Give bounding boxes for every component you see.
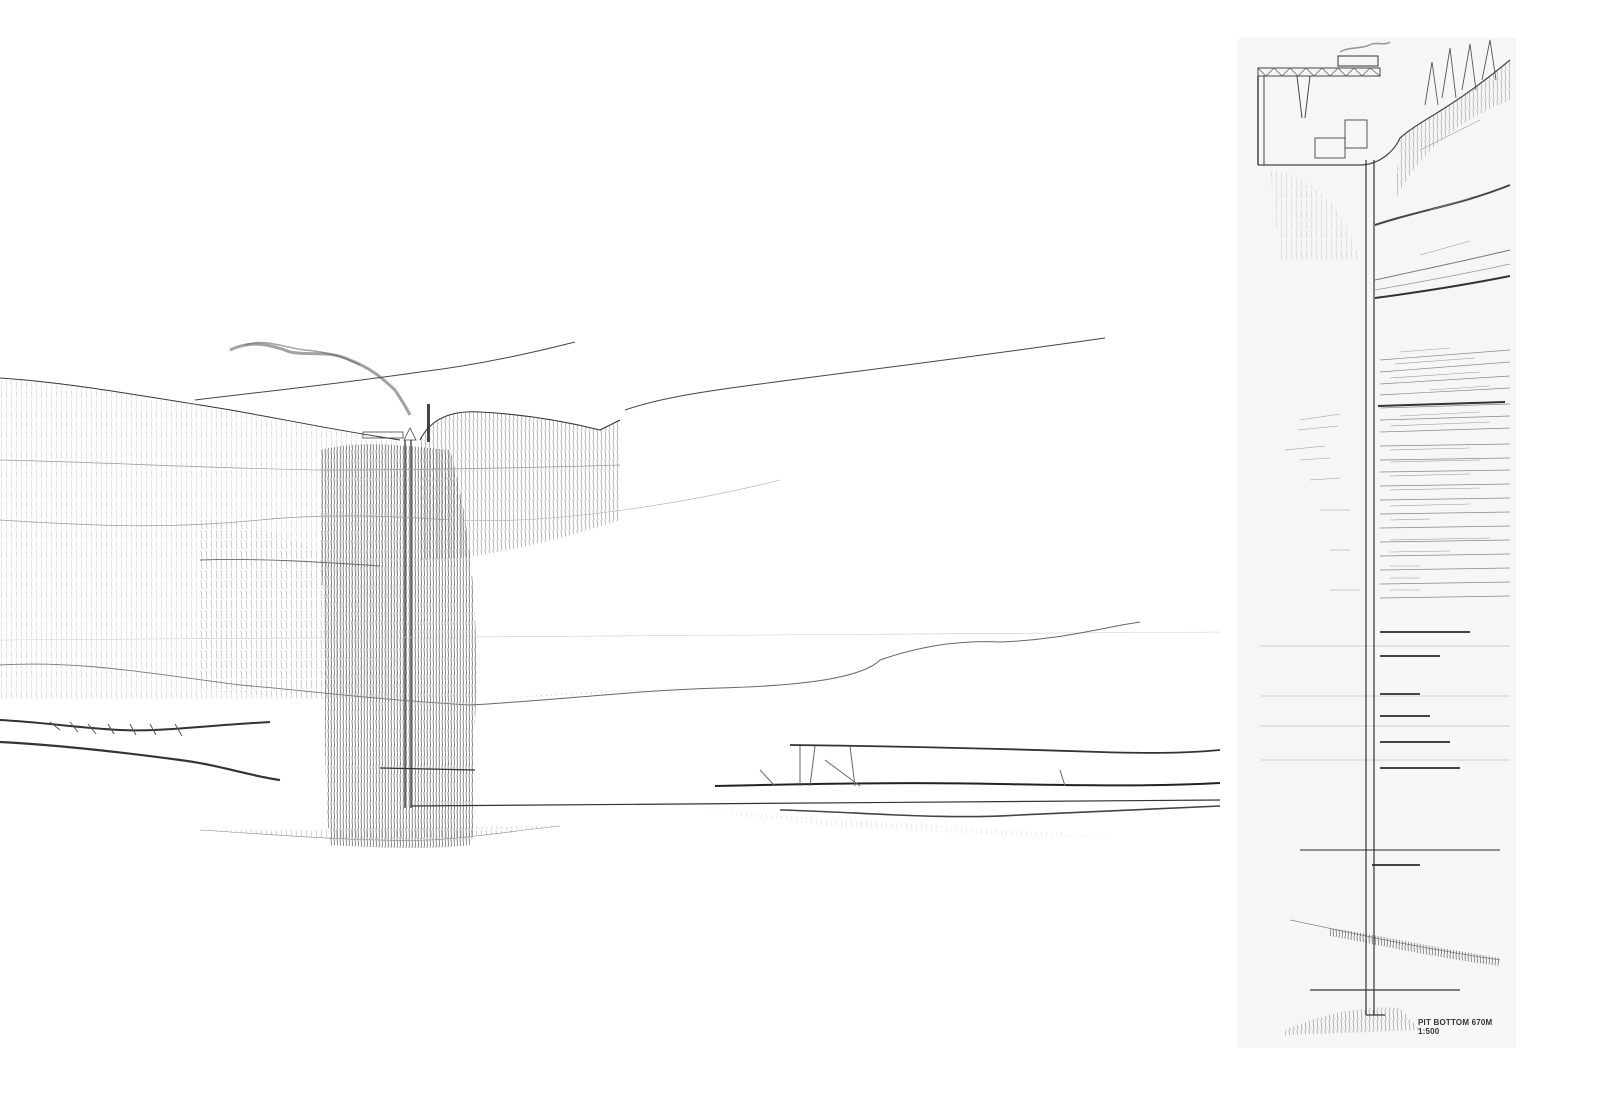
headframe-tower-icon bbox=[1297, 76, 1310, 118]
building-icon bbox=[1345, 120, 1367, 148]
scale-text: 1:500 bbox=[1418, 1027, 1492, 1036]
left-landscape-section bbox=[0, 338, 1220, 848]
pit-bottom-label: PIT BOTTOM 670M 1:500 bbox=[1418, 1018, 1492, 1036]
trestle-bridge-icon bbox=[1258, 68, 1380, 76]
pencil-drawing-canvas bbox=[0, 0, 1600, 1105]
right-shaft-section bbox=[1258, 40, 1510, 1035]
main-gallery bbox=[411, 800, 1220, 806]
steam-train-icon bbox=[1338, 56, 1378, 66]
headframe-icon bbox=[404, 428, 416, 440]
pit-depth-text: PIT BOTTOM 670M bbox=[1418, 1018, 1492, 1027]
